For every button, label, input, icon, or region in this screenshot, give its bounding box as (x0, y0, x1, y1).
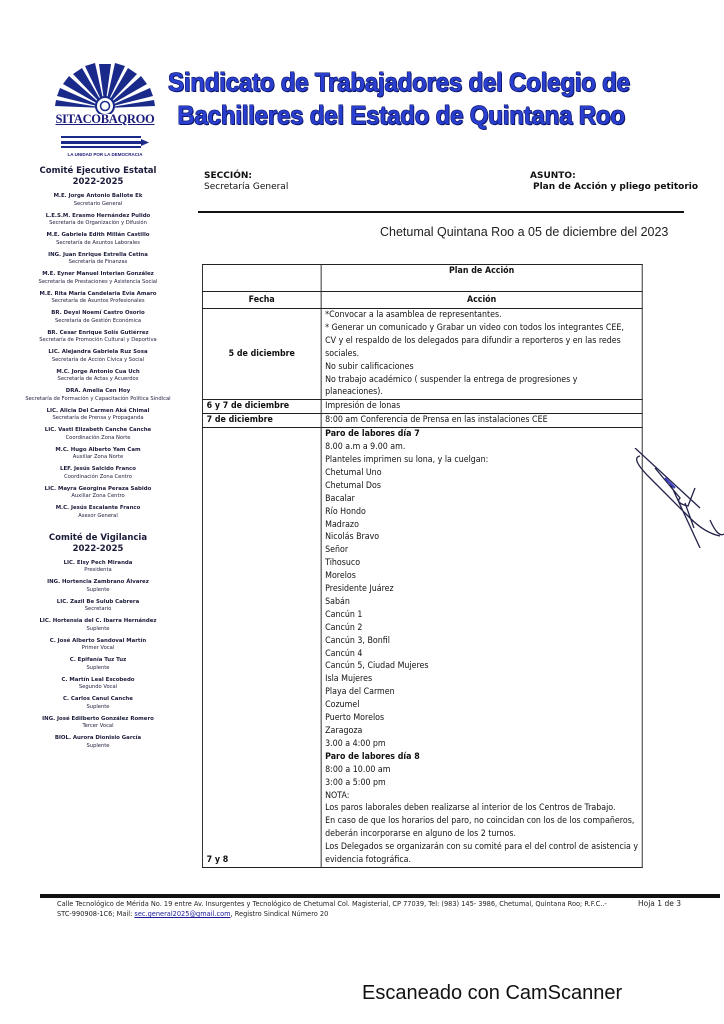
action-line: Isla Mujeres (325, 673, 638, 686)
table-row: 7 y 8 Paro de labores día 7 8.00 a.m a 9… (202, 428, 642, 868)
table-row: 6 y 7 de diciembre Impresión de lonas (202, 400, 642, 414)
action-line: 3.00 a 4:00 pm (325, 738, 638, 751)
member-name: ING. José Edilberto González Romero (8, 716, 188, 724)
member-name: LEF. Jesús Salcido Franco (8, 466, 188, 474)
member-role: Suplente (8, 704, 188, 711)
title-line-1: Sindicato de Trabajadores del Colegio de (168, 66, 670, 99)
seccion-label: SECCIÓN: (204, 171, 288, 182)
action-line: Bacalar (325, 493, 638, 506)
asunto-value: Plan de Acción y pliego petitorio (530, 182, 700, 193)
member-name: M.E. Eyner Manuel Interian González (8, 271, 188, 279)
member-role: Secretaría de Asuntos Laborales (8, 240, 188, 247)
logo-name: SITACOBAQROO (55, 112, 155, 127)
member-role: Secretaría de Organización y Difusión (8, 220, 188, 227)
action-line: Cancún 1 (325, 609, 638, 622)
committee-member: C. Martín Leal EscobedoSegundo Vocal (8, 677, 188, 692)
action-line: Chetumal Dos (325, 480, 638, 493)
committee-member: C. José Alberto Sandoval MartínPrimer Vo… (8, 638, 188, 653)
action-line: Cancún 5, Ciudad Mujeres (325, 660, 638, 673)
member-name: M.C. Jesús Escalante Franco (8, 505, 188, 513)
committee-member: ING. Juan Enrique Estrella CetinaSecreta… (8, 252, 188, 267)
committee-member: M.E. Rita María Candelaria Evia AmaroSec… (8, 291, 188, 306)
member-role: Coordinación Zona Centro (8, 474, 188, 481)
committee-member: L.E.S.M. Erasmo Hernández PulidoSecretar… (8, 213, 188, 228)
row-date: 6 y 7 de diciembre (202, 400, 321, 414)
scanner-watermark: Escaneado con CamScanner (362, 982, 622, 1005)
member-role: Suplente (8, 665, 188, 672)
action-line: Presidente Juárez (325, 583, 638, 596)
member-role: Secretaría de Asuntos Profesionales (8, 298, 188, 305)
action-line: 3:00 a 5:00 pm (325, 777, 638, 790)
member-role: Secretaría de Acción Cívica y Social (8, 357, 188, 364)
row-date: 7 de diciembre (202, 414, 321, 428)
action-line: En caso de que los horarios del paro, no… (325, 815, 638, 828)
committee-member: BR. Cesar Enrique Solís GutiérrezSecreta… (8, 330, 188, 345)
committee-member: LIC. Elsy Pech MirandaPresidenta (8, 560, 188, 575)
committee-member: M.C. Jorge Antonio Cua UchSecretaría de … (8, 369, 188, 384)
member-name: BIOL. Aurora Dionisio García (8, 735, 188, 743)
action-line: Playa del Carmen (325, 686, 638, 699)
vigilance-member-list: LIC. Elsy Pech MirandaPresidentaING. Hor… (8, 560, 188, 750)
footer-divider (40, 894, 720, 898)
pencil-icon (61, 135, 149, 149)
action-line: Chetumal Uno (325, 467, 638, 480)
member-name: LIC. Mayra Georgina Peraza Sabido (8, 486, 188, 494)
member-role: Presidenta (8, 567, 188, 574)
member-role: Primer Vocal (8, 645, 188, 652)
row-action: Paro de labores día 7 8.00 a.m a 9.00 am… (321, 428, 642, 868)
seccion-value: Secretaría General (204, 182, 288, 193)
table-row: 7 de diciembre 8:00 am Conferencia de Pr… (202, 414, 642, 428)
committee-member: LIC. Mayra Georgina Peraza SabidoAuxilia… (8, 486, 188, 501)
plan-title-cell: Plan de Acción (321, 265, 642, 292)
member-role: Secretaría de Prensa y Propaganda (8, 415, 188, 422)
committee-member: LIC. Alejandra Gabriela Ruz SosaSecretar… (8, 349, 188, 364)
action-line: deberán incorporarse en alguno de los 2 … (325, 828, 638, 841)
executive-committee-title: Comité Ejecutivo Estatal (8, 166, 188, 177)
action-line: Río Hondo (325, 506, 638, 519)
committee-member: ING. Hortencia Zambrano ÁlvarezSuplente (8, 579, 188, 594)
vigilance-committee-title: Comité de Vigilancia (8, 533, 188, 544)
row-action: Impresión de lonas (321, 400, 642, 414)
action-line: planeaciones). (325, 386, 638, 399)
committee-member: M.E. Eyner Manuel Interian GonzálezSecre… (8, 271, 188, 286)
committee-member: LIC. Hortensia del C. Ibarra HernándezSu… (8, 618, 188, 633)
signature-icon (630, 448, 724, 548)
member-name: LIC. Vasti Elizabeth Canche Canche (8, 427, 188, 435)
action-line: Zaragoza (325, 725, 638, 738)
action-line: 8:00 a 10.00 am (325, 764, 638, 777)
action-line: 8.00 a.m a 9.00 am. (325, 441, 638, 454)
union-logo: SITACOBAQROO LA UNIDAD POR LA DEMOCRACIA (55, 62, 155, 162)
title-line-2: Bachilleres del Estado de Quintana Roo (168, 99, 670, 132)
member-role: Secretaría de Prestaciones y Asistencia … (8, 279, 188, 286)
action-line: Morelos (325, 570, 638, 583)
committee-member: ING. José Edilberto González RomeroTerce… (8, 716, 188, 731)
committee-member: LIC. Vasti Elizabeth Canche CancheCoordi… (8, 427, 188, 442)
action-line: NOTA: (325, 790, 638, 803)
member-role: Tercer Vocal (8, 723, 188, 730)
action-line: Sabán (325, 596, 638, 609)
asunto-label: ASUNTO: (530, 171, 700, 182)
member-role: Secretario (8, 606, 188, 613)
row-action: *Convocar a la asamblea de representante… (321, 309, 642, 400)
member-role: Coordinación Zona Norte (8, 435, 188, 442)
committee-member: M.C. Jesús Escalante FrancoAsesor Genera… (8, 505, 188, 520)
member-name: ING. Hortencia Zambrano Álvarez (8, 579, 188, 587)
member-name: L.E.S.M. Erasmo Hernández Pulido (8, 213, 188, 221)
strike-day-7-heading: Paro de labores día 7 (325, 428, 638, 441)
member-name: ING. Juan Enrique Estrella Cetina (8, 252, 188, 260)
member-name: C. Martín Leal Escobedo (8, 677, 188, 685)
member-role: Suplente (8, 587, 188, 594)
member-role: Secretaría de Promoción Cultural y Depor… (8, 337, 188, 344)
committee-member: M.E. Gabriela Edith Millán CastilloSecre… (8, 232, 188, 247)
member-role: Segundo Vocal (8, 684, 188, 691)
member-name: LIC. Elsy Pech Miranda (8, 560, 188, 568)
logo-motto: LA UNIDAD POR LA DEMOCRACIA (55, 152, 155, 157)
committee-member: LIC. Zazil Be Sulub CabreraSecretario (8, 599, 188, 614)
member-name: M.E. Gabriela Edith Millán Castillo (8, 232, 188, 240)
committee-member: C. Epifanía Tuz TuzSuplente (8, 657, 188, 672)
header-divider (198, 211, 684, 213)
member-name: DRA. Amelia Cen Hoy (8, 388, 188, 396)
action-line: Puerto Morelos (325, 712, 638, 725)
member-role: Suplente (8, 626, 188, 633)
action-line: evidencia fotográfica. (325, 854, 638, 867)
action-line: Madrazo (325, 519, 638, 532)
member-role: Secretaría de Finanzas (8, 259, 188, 266)
asunto-block: ASUNTO: Plan de Acción y pliego petitori… (530, 171, 700, 193)
page-number: Hoja 1 de 3 (638, 899, 681, 908)
action-line: Los paros laborales deben realizarse al … (325, 802, 638, 815)
member-name: M.C. Hugo Alberto Yam Cam (8, 447, 188, 455)
strike-day-8-heading: Paro de labores día 8 (325, 751, 638, 764)
executive-member-list: M.E. Jorge Antonio Ballote EkSecretario … (8, 193, 188, 520)
member-role: Auxiliar Zona Centro (8, 493, 188, 500)
action-line: Impresión de lonas (325, 400, 638, 413)
action-line: * Generar un comunicado y Grabar un vide… (325, 322, 638, 335)
action-line: 8:00 am Conferencia de Prensa en las ins… (325, 414, 638, 427)
action-line: Cozumel (325, 699, 638, 712)
email-link[interactable]: sec.general2025@gmail.com (134, 910, 230, 918)
action-line: Tihosuco (325, 557, 638, 570)
row-action: 8:00 am Conferencia de Prensa en las ins… (321, 414, 642, 428)
committee-member: LIC. Alicia Del Carmen Aká ChimalSecreta… (8, 408, 188, 423)
sunburst-icon (55, 62, 155, 114)
committee-member: BR. Deysi Noemí Castro OsorioSecretaría … (8, 310, 188, 325)
member-name: M.C. Jorge Antonio Cua Uch (8, 369, 188, 377)
committee-sidebar: Comité Ejecutivo Estatal 2022-2025 M.E. … (8, 166, 188, 750)
committee-member: M.C. Hugo Alberto Yam CamAuxiliar Zona N… (8, 447, 188, 462)
member-name: LIC. Zazil Be Sulub Cabrera (8, 599, 188, 607)
action-line: Nicolás Bravo (325, 531, 638, 544)
action-line: sociales. (325, 348, 638, 361)
committee-member: LEF. Jesús Salcido FrancoCoordinación Zo… (8, 466, 188, 481)
action-line: Planteles imprimen su lona, y la cuelgan… (325, 454, 638, 467)
member-name: C. Epifanía Tuz Tuz (8, 657, 188, 665)
action-line: *Convocar a la asamblea de representante… (325, 309, 638, 322)
member-role: Suplente (8, 743, 188, 750)
member-role: Asesor General (8, 513, 188, 520)
dateline: Chetumal Quintana Roo a 05 de diciembre … (380, 225, 668, 239)
document-page: SITACOBAQROO LA UNIDAD POR LA DEMOCRACIA… (0, 0, 724, 1024)
address-line-c: , Registro Sindical Número 20 (231, 910, 329, 918)
member-role: Secretaría de Gestión Económica (8, 318, 188, 325)
action-line: Cancún 4 (325, 648, 638, 661)
committee-member: M.E. Jorge Antonio Ballote EkSecretario … (8, 193, 188, 208)
letterhead-title: Sindicato de Trabajadores del Colegio de… (168, 66, 670, 132)
blank-header-cell (202, 265, 321, 292)
action-line: Los Delegados se organizarán con su comi… (325, 841, 638, 854)
committee-member: BIOL. Aurora Dionisio GarcíaSuplente (8, 735, 188, 750)
action-line: No trabajo académico ( suspender la entr… (325, 374, 638, 387)
seccion-block: SECCIÓN: Secretaría General (204, 171, 288, 193)
action-line: Cancún 2 (325, 622, 638, 635)
address-line-a: Calle Tecnológico de Mérida No. 19 entre… (57, 900, 476, 908)
member-name: BR. Deysi Noemí Castro Osorio (8, 310, 188, 318)
table-row: 5 de diciembre *Convocar a la asamblea d… (202, 309, 642, 400)
member-name: BR. Cesar Enrique Solís Gutiérrez (8, 330, 188, 338)
executive-committee-period: 2022-2025 (8, 177, 188, 188)
action-line: Cancún 3, Bonfil (325, 635, 638, 648)
action-plan-table: Plan de Acción Fecha Acción 5 de diciemb… (202, 264, 643, 868)
row-date: 5 de diciembre (202, 309, 321, 400)
member-role: Secretaría de Formación y Capacitación P… (8, 396, 188, 403)
member-name: C. José Alberto Sandoval Martín (8, 638, 188, 646)
committee-member: DRA. Amelia Cen HoySecretaría de Formaci… (8, 388, 188, 403)
member-name: M.E. Rita María Candelaria Evia Amaro (8, 291, 188, 299)
member-name: LIC. Alicia Del Carmen Aká Chimal (8, 408, 188, 416)
footer-address: Calle Tecnológico de Mérida No. 19 entre… (57, 899, 617, 919)
action-line: CV y el respaldo de los delegados para d… (325, 335, 638, 348)
member-name: M.E. Jorge Antonio Ballote Ek (8, 193, 188, 201)
member-role: Secretario General (8, 201, 188, 208)
member-name: C. Carlos Canul Canche (8, 696, 188, 704)
member-role: Auxiliar Zona Norte (8, 454, 188, 461)
action-line: Señor (325, 544, 638, 557)
member-role: Secretaría de Actas y Acuerdos (8, 376, 188, 383)
accion-header: Acción (321, 292, 642, 309)
member-name: LIC. Alejandra Gabriela Ruz Sosa (8, 349, 188, 357)
row-date: 7 y 8 (202, 428, 321, 868)
vigilance-committee-period: 2022-2025 (8, 544, 188, 555)
member-name: LIC. Hortensia del C. Ibarra Hernández (8, 618, 188, 626)
fecha-header: Fecha (202, 292, 321, 309)
committee-member: C. Carlos Canul CancheSuplente (8, 696, 188, 711)
action-line: No subir calificaciones (325, 361, 638, 374)
